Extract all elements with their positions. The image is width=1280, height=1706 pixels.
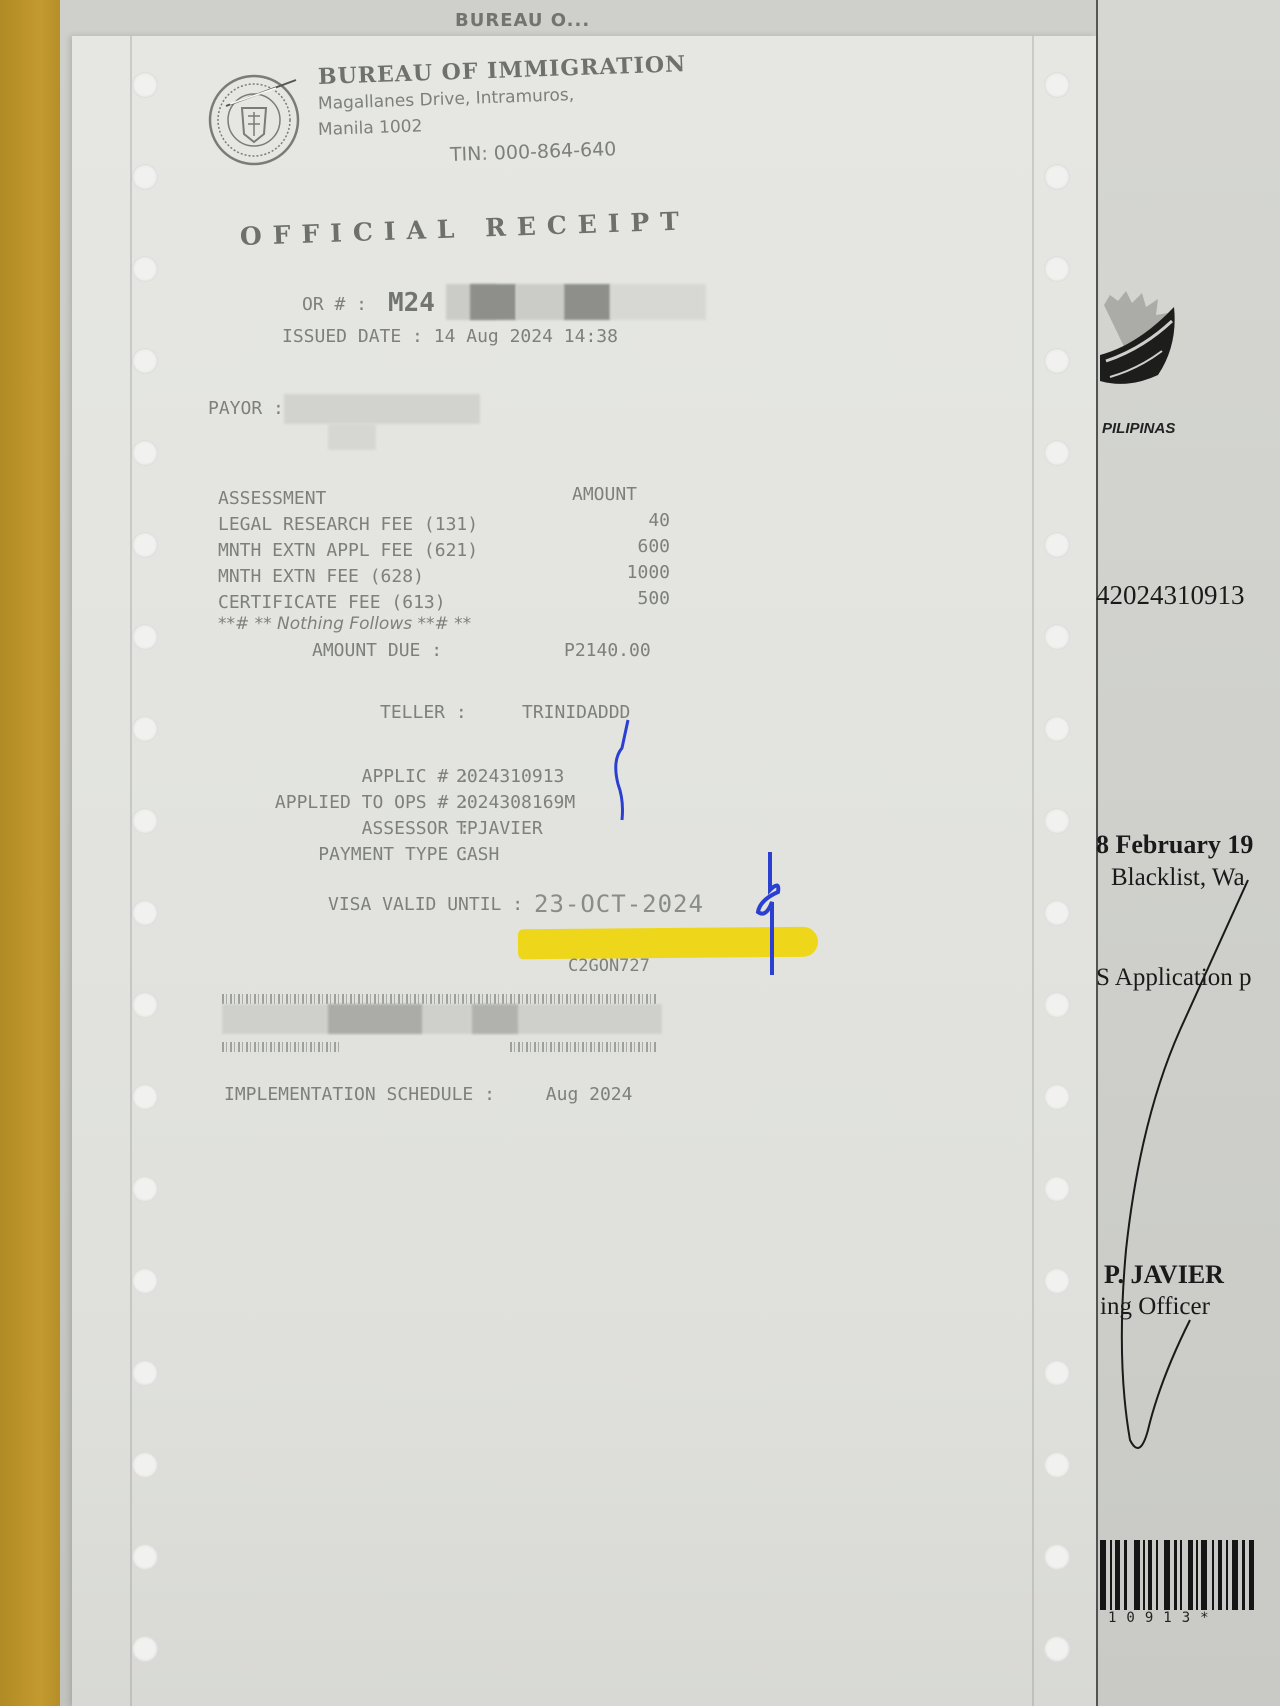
redaction-block	[222, 1004, 662, 1034]
feed-hole	[1044, 716, 1070, 742]
implementation-label: IMPLEMENTATION SCHEDULE :	[224, 1084, 495, 1105]
fee-name: MNTH EXTN FEE (628)	[218, 566, 424, 587]
detail-value: TPJAVIER	[456, 818, 543, 839]
visa-valid-value: 23-OCT-2024	[534, 890, 704, 918]
date-fragment: 8 February 19	[1096, 830, 1253, 860]
detail-value: 2024310913	[456, 766, 564, 787]
feed-hole	[1044, 992, 1070, 1018]
fee-name: LEGAL RESEARCH FEE (131)	[218, 514, 478, 535]
perforation-line	[1032, 36, 1034, 1706]
amount-header: AMOUNT	[572, 484, 637, 505]
detail-label: ASSESSOR :	[90, 818, 470, 839]
feed-hole	[132, 72, 158, 98]
feed-hole	[132, 1636, 158, 1662]
fee-amount: 500	[530, 588, 670, 609]
feed-hole	[132, 900, 158, 926]
barcode-digits: 10913*	[1108, 1610, 1219, 1626]
feed-hole	[132, 164, 158, 190]
feed-hole	[132, 1360, 158, 1386]
feed-hole	[132, 348, 158, 374]
nothing-follows: **# ** Nothing Follows **# **	[218, 614, 471, 634]
issued-date: ISSUED DATE : 14 Aug 2024 14:38	[282, 326, 618, 347]
bureau-seal-icon	[206, 72, 302, 168]
logo-text: PILIPINAS	[1102, 420, 1175, 437]
redaction-block	[610, 284, 706, 320]
dot-matrix-barcode	[510, 1042, 658, 1052]
feed-hole	[132, 532, 158, 558]
feed-hole	[1044, 808, 1070, 834]
feed-hole	[132, 716, 158, 742]
officer-name: P. JAVIER	[1104, 1260, 1224, 1290]
application-number-fragment: 42024310913	[1096, 580, 1245, 611]
feed-hole	[1044, 1636, 1070, 1662]
application-fragment: S Application p	[1096, 964, 1252, 992]
blacklist-fragment: Blacklist, Wa	[1111, 864, 1245, 892]
feed-hole	[1044, 72, 1070, 98]
implementation-schedule: IMPLEMENTATION SCHEDULE : Aug 2024	[224, 1084, 632, 1105]
redaction-block	[564, 284, 610, 320]
issued-date-label: ISSUED DATE :	[282, 326, 423, 347]
receipt-code: C2GON727	[568, 956, 650, 976]
feed-hole	[1044, 256, 1070, 282]
feed-hole	[1044, 1176, 1070, 1202]
feed-hole	[132, 1176, 158, 1202]
fee-amount: 600	[530, 536, 670, 557]
fee-name: CERTIFICATE FEE (613)	[218, 592, 446, 613]
feed-hole	[1044, 1452, 1070, 1478]
feed-hole	[1044, 440, 1070, 466]
feed-hole	[1044, 164, 1070, 190]
payor-label: PAYOR :	[208, 398, 284, 419]
visa-valid-label: VISA VALID UNTIL :	[328, 894, 523, 915]
redaction-block	[328, 424, 376, 450]
assessment-header: ASSESSMENT	[218, 488, 326, 509]
feed-hole	[1044, 1084, 1070, 1110]
redaction-block	[516, 284, 564, 320]
bagong-pilipinas-logo-icon	[1098, 285, 1178, 415]
feed-hole	[132, 624, 158, 650]
feed-hole	[132, 1268, 158, 1294]
feed-hole	[1044, 1360, 1070, 1386]
or-number-label: OR # :	[302, 294, 367, 315]
teller-value: TRINIDADDD	[522, 702, 630, 723]
implementation-value: Aug 2024	[546, 1084, 633, 1105]
amount-due-value: P2140.00	[564, 640, 651, 661]
feed-hole	[1044, 348, 1070, 374]
back-document-header: BUREAU O...	[455, 10, 590, 31]
officer-title: ing Officer	[1100, 1293, 1210, 1321]
feed-hole	[132, 1084, 158, 1110]
feed-hole	[132, 256, 158, 282]
issued-date-value: 14 Aug 2024 14:38	[434, 326, 618, 347]
detail-label: APPLIED TO OPS # :	[90, 792, 470, 813]
feed-hole	[132, 1544, 158, 1570]
detail-label: PAYMENT TYPE :	[90, 844, 470, 865]
feed-hole	[1044, 900, 1070, 926]
redaction-block	[472, 1004, 518, 1034]
feed-hole	[1044, 624, 1070, 650]
feed-hole	[1044, 1268, 1070, 1294]
detail-value: 2024308169M	[456, 792, 575, 813]
feed-hole	[132, 440, 158, 466]
dot-matrix-barcode	[222, 1042, 342, 1052]
dot-matrix-barcode	[222, 994, 658, 1004]
feed-hole	[132, 992, 158, 1018]
highlighter-mark	[518, 927, 818, 960]
fee-name: MNTH EXTN APPL FEE (621)	[218, 540, 478, 561]
redaction-block	[470, 284, 516, 320]
redaction-block	[284, 394, 480, 424]
detail-label: APPLIC # :	[90, 766, 470, 787]
teller-label: TELLER :	[380, 702, 467, 723]
fee-amount: 40	[530, 510, 670, 531]
amount-due-label: AMOUNT DUE :	[312, 640, 442, 661]
or-number-value: M24	[388, 288, 435, 318]
redaction-block	[328, 1004, 422, 1034]
perforation-line	[130, 36, 132, 1706]
agency-address-line2: Manila 1002	[318, 116, 423, 140]
detail-value: CASH	[456, 844, 499, 865]
feed-hole	[132, 1452, 158, 1478]
feed-hole	[1044, 532, 1070, 558]
fee-amount: 1000	[530, 562, 670, 583]
feed-hole	[1044, 1544, 1070, 1570]
barcode-icon	[1100, 1540, 1258, 1610]
